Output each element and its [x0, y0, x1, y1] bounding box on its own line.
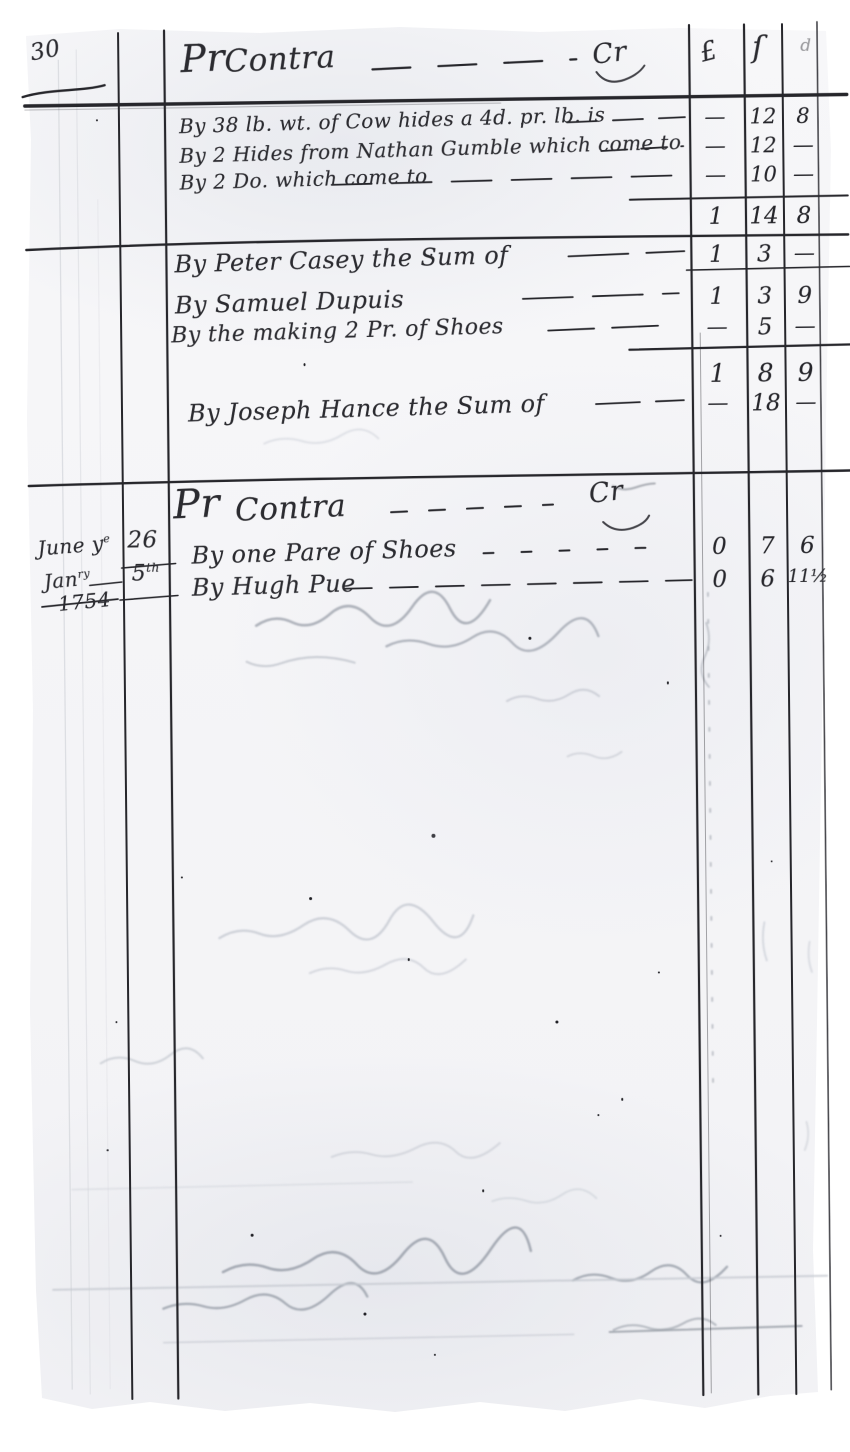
section2-heading-title: Contra — [234, 488, 347, 529]
ink-speck — [555, 1021, 558, 1024]
column-header-pence: d — [800, 36, 812, 56]
amount-shillings: 18 — [746, 390, 786, 416]
scan-tilt-layer: 30 Pr Contra Cr £ ſ d By 38 lb. wt. of C… — [0, 0, 850, 1452]
ink-speck — [658, 971, 660, 973]
total-pounds: 1 — [691, 359, 743, 389]
section1-heading-prefix: Pr — [179, 35, 226, 81]
ink-speck — [431, 834, 435, 838]
amount-pounds: — — [689, 134, 741, 159]
entry-description: By Peter Casey the Sum of — [174, 241, 509, 278]
amount-pence: 11½ — [786, 566, 830, 587]
ink-speck — [528, 637, 531, 640]
entry-description: By Hugh Pue — [191, 569, 356, 602]
column-header-shillings: ſ — [752, 30, 764, 65]
amount-pounds: 0 — [693, 534, 745, 561]
entry-description: By one Pare of Shoes — [191, 534, 457, 569]
amount-pounds: — — [689, 105, 741, 130]
amount-pence: — — [784, 390, 828, 414]
entry-description: By 2 Do. which come to — [179, 164, 428, 195]
amount-shillings: 10 — [743, 162, 783, 186]
amount-pounds: — — [691, 315, 743, 340]
ink-speck — [597, 1114, 599, 1116]
amount-pounds: 1 — [691, 284, 743, 311]
section2-heading-cr: Cr — [587, 475, 625, 510]
ink-speck — [408, 958, 410, 961]
ink-speck — [771, 860, 773, 862]
amount-pence: — — [781, 133, 825, 157]
amount-pounds: — — [689, 163, 741, 188]
ink-speck — [251, 1234, 254, 1237]
amount-shillings: 12 — [743, 104, 783, 128]
total-shillings: 8 — [745, 358, 785, 387]
amount-pounds: 1 — [690, 242, 742, 269]
amount-shillings: 6 — [748, 566, 788, 592]
total-pence: 9 — [783, 358, 827, 387]
ink-speck — [720, 1235, 722, 1237]
amount-shillings: 5 — [745, 314, 785, 340]
entry-description: By Joseph Hance the Sum of — [188, 390, 545, 428]
section1-heading-title: Contra — [224, 39, 337, 80]
amount-pence: 9 — [783, 283, 827, 309]
amount-shillings: 3 — [745, 283, 785, 309]
total-pence: 8 — [782, 203, 826, 229]
entry-description: By the making 2 Pr. of Shoes — [171, 314, 504, 348]
ink-speck — [667, 681, 669, 684]
ink-speck — [309, 897, 312, 900]
ink-speck — [181, 876, 183, 878]
amount-pounds: 0 — [694, 567, 746, 594]
ink-speck — [363, 1313, 366, 1316]
amount-pence: — — [781, 162, 825, 186]
amount-pence: 8 — [781, 104, 825, 128]
ink-speck — [434, 1354, 436, 1356]
total-shillings: 14 — [744, 203, 784, 229]
ink-speck — [482, 1189, 484, 1192]
ledger-page-scan: 30 Pr Contra Cr £ ſ d By 38 lb. wt. of C… — [0, 0, 850, 1452]
ink-speck — [621, 1098, 623, 1101]
amount-shillings: 3 — [744, 241, 784, 267]
amount-shillings: 12 — [743, 133, 783, 157]
ink-speck — [115, 1021, 117, 1023]
entry-description: By Samuel Dupuis — [175, 285, 405, 319]
ink-speck — [107, 1149, 109, 1151]
section1-heading-cr: Cr — [591, 36, 629, 71]
page-number: 30 — [28, 35, 63, 66]
amount-pounds: — — [692, 391, 744, 416]
total-pounds: 1 — [690, 204, 742, 231]
amount-pence: 6 — [785, 533, 829, 559]
amount-shillings: 7 — [747, 533, 787, 559]
amount-pence: — — [782, 241, 826, 265]
amount-pence: — — [783, 314, 827, 338]
section2-heading-prefix: Pr — [172, 480, 221, 528]
